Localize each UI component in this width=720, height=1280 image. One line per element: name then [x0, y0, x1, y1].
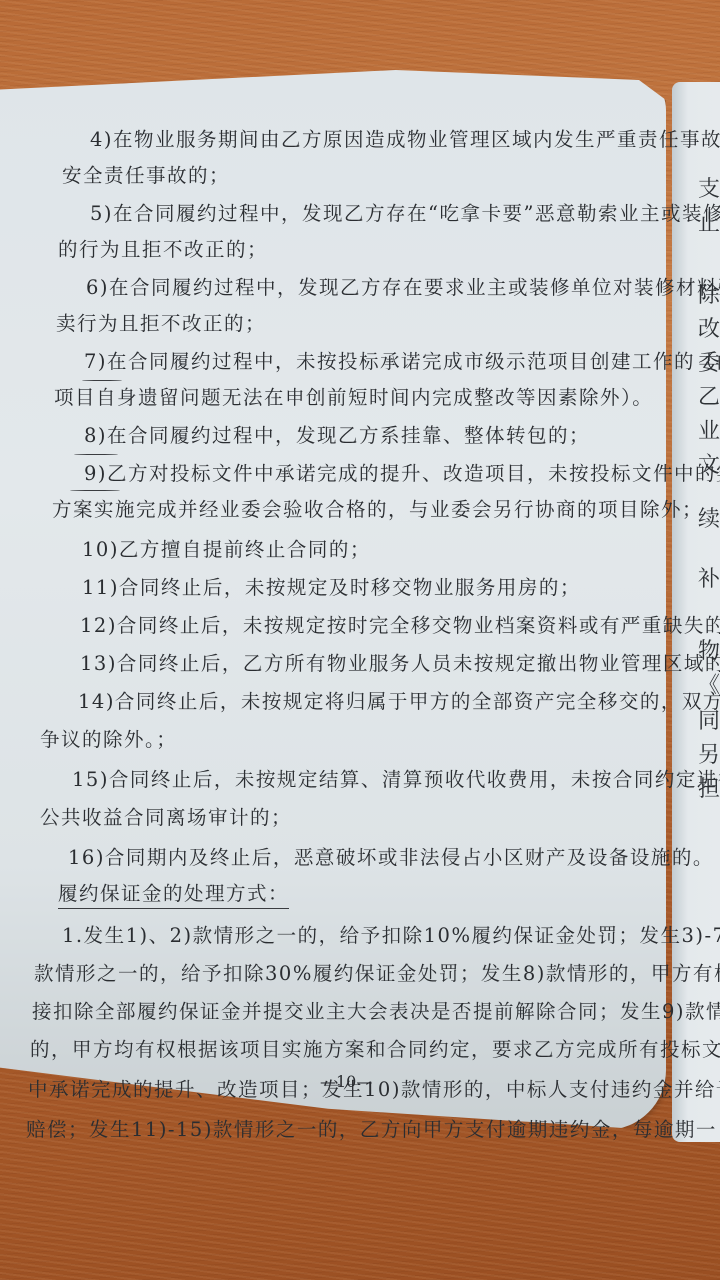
text-line: 14)合同终止后，未按规定将归属于甲方的全部资产完全移交的，双方有: [78, 686, 720, 714]
handwritten-mark-7: [82, 380, 122, 381]
text-line: 1.发生1)、2)款情形之一的，给予扣除10%履约保证金处罚；发生3)-7): [62, 920, 720, 948]
text-line: 赔偿；发生11)-15)款情形之一的，乙方向甲方支付逾期违约金，每逾期一日，: [26, 1114, 720, 1142]
text-line: 6)在合同履约过程中，发现乙方存在要求业主或装修单位对装修材料强买强: [86, 272, 720, 300]
text-line: 15)合同终止后，未按规定结算、清算预收代收费用，未按合同约定进行: [72, 764, 720, 792]
text-line: 卖行为且拒不改正的；: [56, 308, 266, 336]
text-line: 项目自身遗留问题无法在申创前短时间内完成整改等因素除外）。: [54, 382, 653, 410]
text-line: 8)在合同履约过程中，发现乙方系挂靠、整体转包的；: [84, 420, 590, 448]
text-line: 16)合同期内及终止后，恶意破坏或非法侵占小区财产及设备设施的。: [68, 842, 714, 870]
text-line: 争议的除外。；: [40, 724, 177, 752]
section-heading: 履约保证金的处理方式：: [58, 878, 289, 909]
page-number: —10—: [320, 1072, 372, 1091]
text-line: 方案实施完成并经业委会验收合格的，与业委会另行协商的项目除外；: [52, 494, 703, 522]
text-line: 11)合同终止后，未按规定及时移交物业服务用房的；: [82, 572, 581, 600]
text-line: 9)乙方对投标文件中承诺完成的提升、改造项目，未按投标文件中的实施: [84, 458, 720, 486]
handwritten-mark-9: [70, 490, 120, 491]
adjacent-page-fragment: 补: [698, 562, 720, 593]
text-line: 中承诺完成的提升、改造项目；发生10)款情形的，中标人支付违约金并给予: [28, 1074, 720, 1102]
text-line: 13)合同终止后，乙方所有物业服务人员未按规定撤出物业管理区域的；: [80, 648, 720, 676]
text-line: 接扣除全部履约保证金并提交业主大会表决是否提前解除合同；发生9)款情形: [32, 996, 720, 1024]
text-line: 7)在合同履约过程中，未按投标承诺完成市级示范项目创建工作的（由于: [84, 346, 720, 374]
text-line: 款情形之一的，给予扣除30%履约保证金处罚；发生8)款情形的，甲方有权直: [34, 958, 720, 986]
adjacent-page-fragment: 乙方: [698, 380, 720, 411]
text-line: 12)合同终止后，未按规定按时完全移交物业档案资料或有严重缺失的；: [80, 610, 720, 638]
text-line: 的行为且拒不改正的；: [58, 234, 268, 262]
text-line: 5)在合同履约过程中，发现乙方存在“吃拿卡要”恶意勒索业主或装修单位: [90, 198, 720, 226]
adjacent-page-fragment: 业服: [698, 414, 720, 445]
adjacent-page-fragment: 改造: [698, 312, 720, 343]
handwritten-mark-8: [74, 454, 118, 455]
text-line: 4)在物业服务期间由乙方原因造成物业管理区域内发生严重责任事故或: [90, 124, 720, 152]
text-line: 公共收益合同离场审计的；: [40, 802, 292, 830]
text-line: 10)乙方擅自提前终止合同的；: [82, 534, 371, 562]
text-line: 安全责任事故的；: [62, 160, 230, 188]
text-line: 的，甲方均有权根据该项目实施方案和合同约定，要求乙方完成所有投标文件: [30, 1034, 720, 1062]
